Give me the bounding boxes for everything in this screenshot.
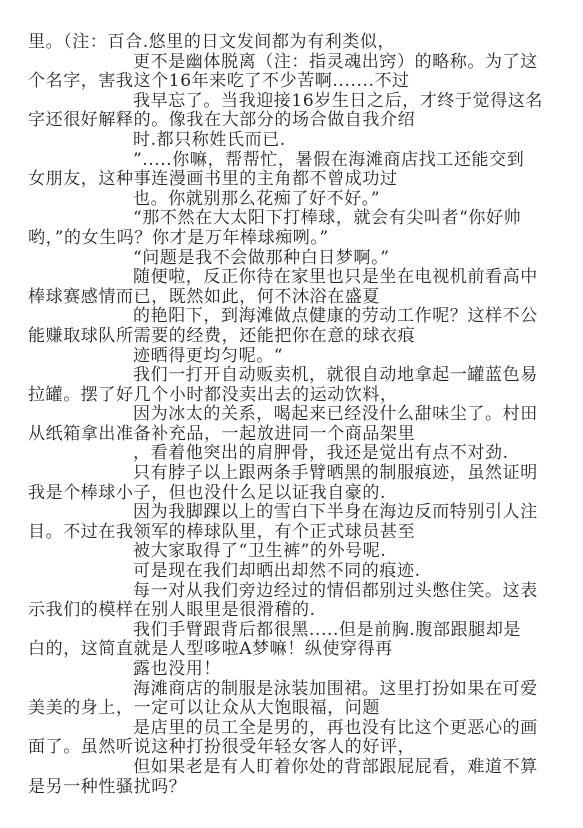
text-line: 面了。虽然听说这种打扮很受年轻女客人的好评， <box>28 738 560 758</box>
text-line: ，看着他突出的肩胛骨，我还是觉出有点不对劲. <box>28 444 560 464</box>
text-line: 能赚取球队所需要的经费，还能把你在意的球衣痕 <box>28 327 560 347</box>
text-line: 我早忘了。当我迎接16岁生日之后，才终于觉得这名 <box>28 92 560 112</box>
text-line: 目。不过在我领军的棒球队里，有个正式球员甚至 <box>28 523 560 543</box>
text-line: 从纸箱拿出准备补充品，一起放进同一个商品架里 <box>28 425 560 445</box>
text-line: 更不是幽体脱离（注：指灵魂出窍）的略称。为了这 <box>28 53 560 73</box>
text-line: 字还很好解释的。像我在大部分的场合做自我介绍 <box>28 111 560 131</box>
text-line: 美美的身上，一定可以让众从大饱眼福，问题 <box>28 699 560 719</box>
text-line: 棒球赛感情而已，既然如此，何不沐浴在盛夏 <box>28 288 560 308</box>
text-line: 是店里的员工全是男的，再也没有比这个更恶心的画 <box>28 719 560 739</box>
text-line: 白的，这简直就是人型哆啦A梦嘛！纵使穿得再 <box>28 640 560 660</box>
text-line: 个名字，害我这个16年来吃了不少苦啊.......不过 <box>28 72 560 92</box>
text-line: 里。（注：百合.悠里的日文发间都为有利类似， <box>28 33 560 53</box>
text-line: 因为冰太的关系，喝起来已经没什么甜味尘了。村田 <box>28 405 560 425</box>
text-line: 哟，”的女生吗？你才是万年棒球痴咧。” <box>28 229 560 249</box>
text-line: 我们一打开自动贩卖机，就很自动地拿起一罐蓝色易 <box>28 366 560 386</box>
text-line: 时.都只称姓氏而已. <box>28 131 560 151</box>
text-line: 女朋友，这种事连漫画书里的主角都不曾成功过 <box>28 170 560 190</box>
text-line: 可是现在我们却晒出却然不同的痕迹. <box>28 562 560 582</box>
text-line: 被大家取得了“卫生裤”的外号呢. <box>28 542 560 562</box>
text-line: 因为我脚踝以上的雪白下半身在海边反而特别引人注 <box>28 503 560 523</box>
text-line: 但如果老是有人盯着你处的背部跟屁屁看，难道不算 <box>28 758 560 778</box>
document-page: 里。（注：百合.悠里的日文发间都为有利类似，更不是幽体脱离（注：指灵魂出窍）的略… <box>0 0 583 828</box>
text-line: 示我们的模样在别人眼里是很滑稽的. <box>28 601 560 621</box>
text-line: 每一对从我们旁边经过的情侣都别过头憋住笑。这表 <box>28 582 560 602</box>
text-line: 迹晒得更均匀呢。“ <box>28 347 560 367</box>
text-line: 海滩商店的制服是泳装加围裙。这里打扮如果在可爱 <box>28 680 560 700</box>
text-line: 的艳阳下，到海滩做点健康的劳动工作呢？这样不公 <box>28 307 560 327</box>
text-line: 随便啦，反正你待在家里也只是坐在电视机前看高中 <box>28 268 560 288</box>
text-line: ”.....你嘛，帮帮忙，暑假在海滩商店找工还能交到 <box>28 151 560 171</box>
text-line: “问题是我不会做那种白日梦啊。” <box>28 249 560 269</box>
text-line: 只有脖子以上跟两条手臂晒黑的制服痕迹，虽然证明 <box>28 464 560 484</box>
text-line: 是另一种性骚扰吗？ <box>28 778 560 798</box>
text-line: 拉罐。摆了好几个小时都没卖出去的运动饮料， <box>28 386 560 406</box>
text-line: “那不然在大太阳下打棒球，就会有尖叫者“你好帅 <box>28 209 560 229</box>
text-line: 我是个棒球小子，但也没什么足以证我自豪的. <box>28 484 560 504</box>
text-body: 里。（注：百合.悠里的日文发间都为有利类似，更不是幽体脱离（注：指灵魂出窍）的略… <box>28 33 560 797</box>
text-line: 我们手臂跟背后都很黑.....但是前胸.腹部跟腿却是 <box>28 621 560 641</box>
text-line: 也。你就别那么花痴了好不好。” <box>28 190 560 210</box>
text-line: 露也没用！ <box>28 660 560 680</box>
